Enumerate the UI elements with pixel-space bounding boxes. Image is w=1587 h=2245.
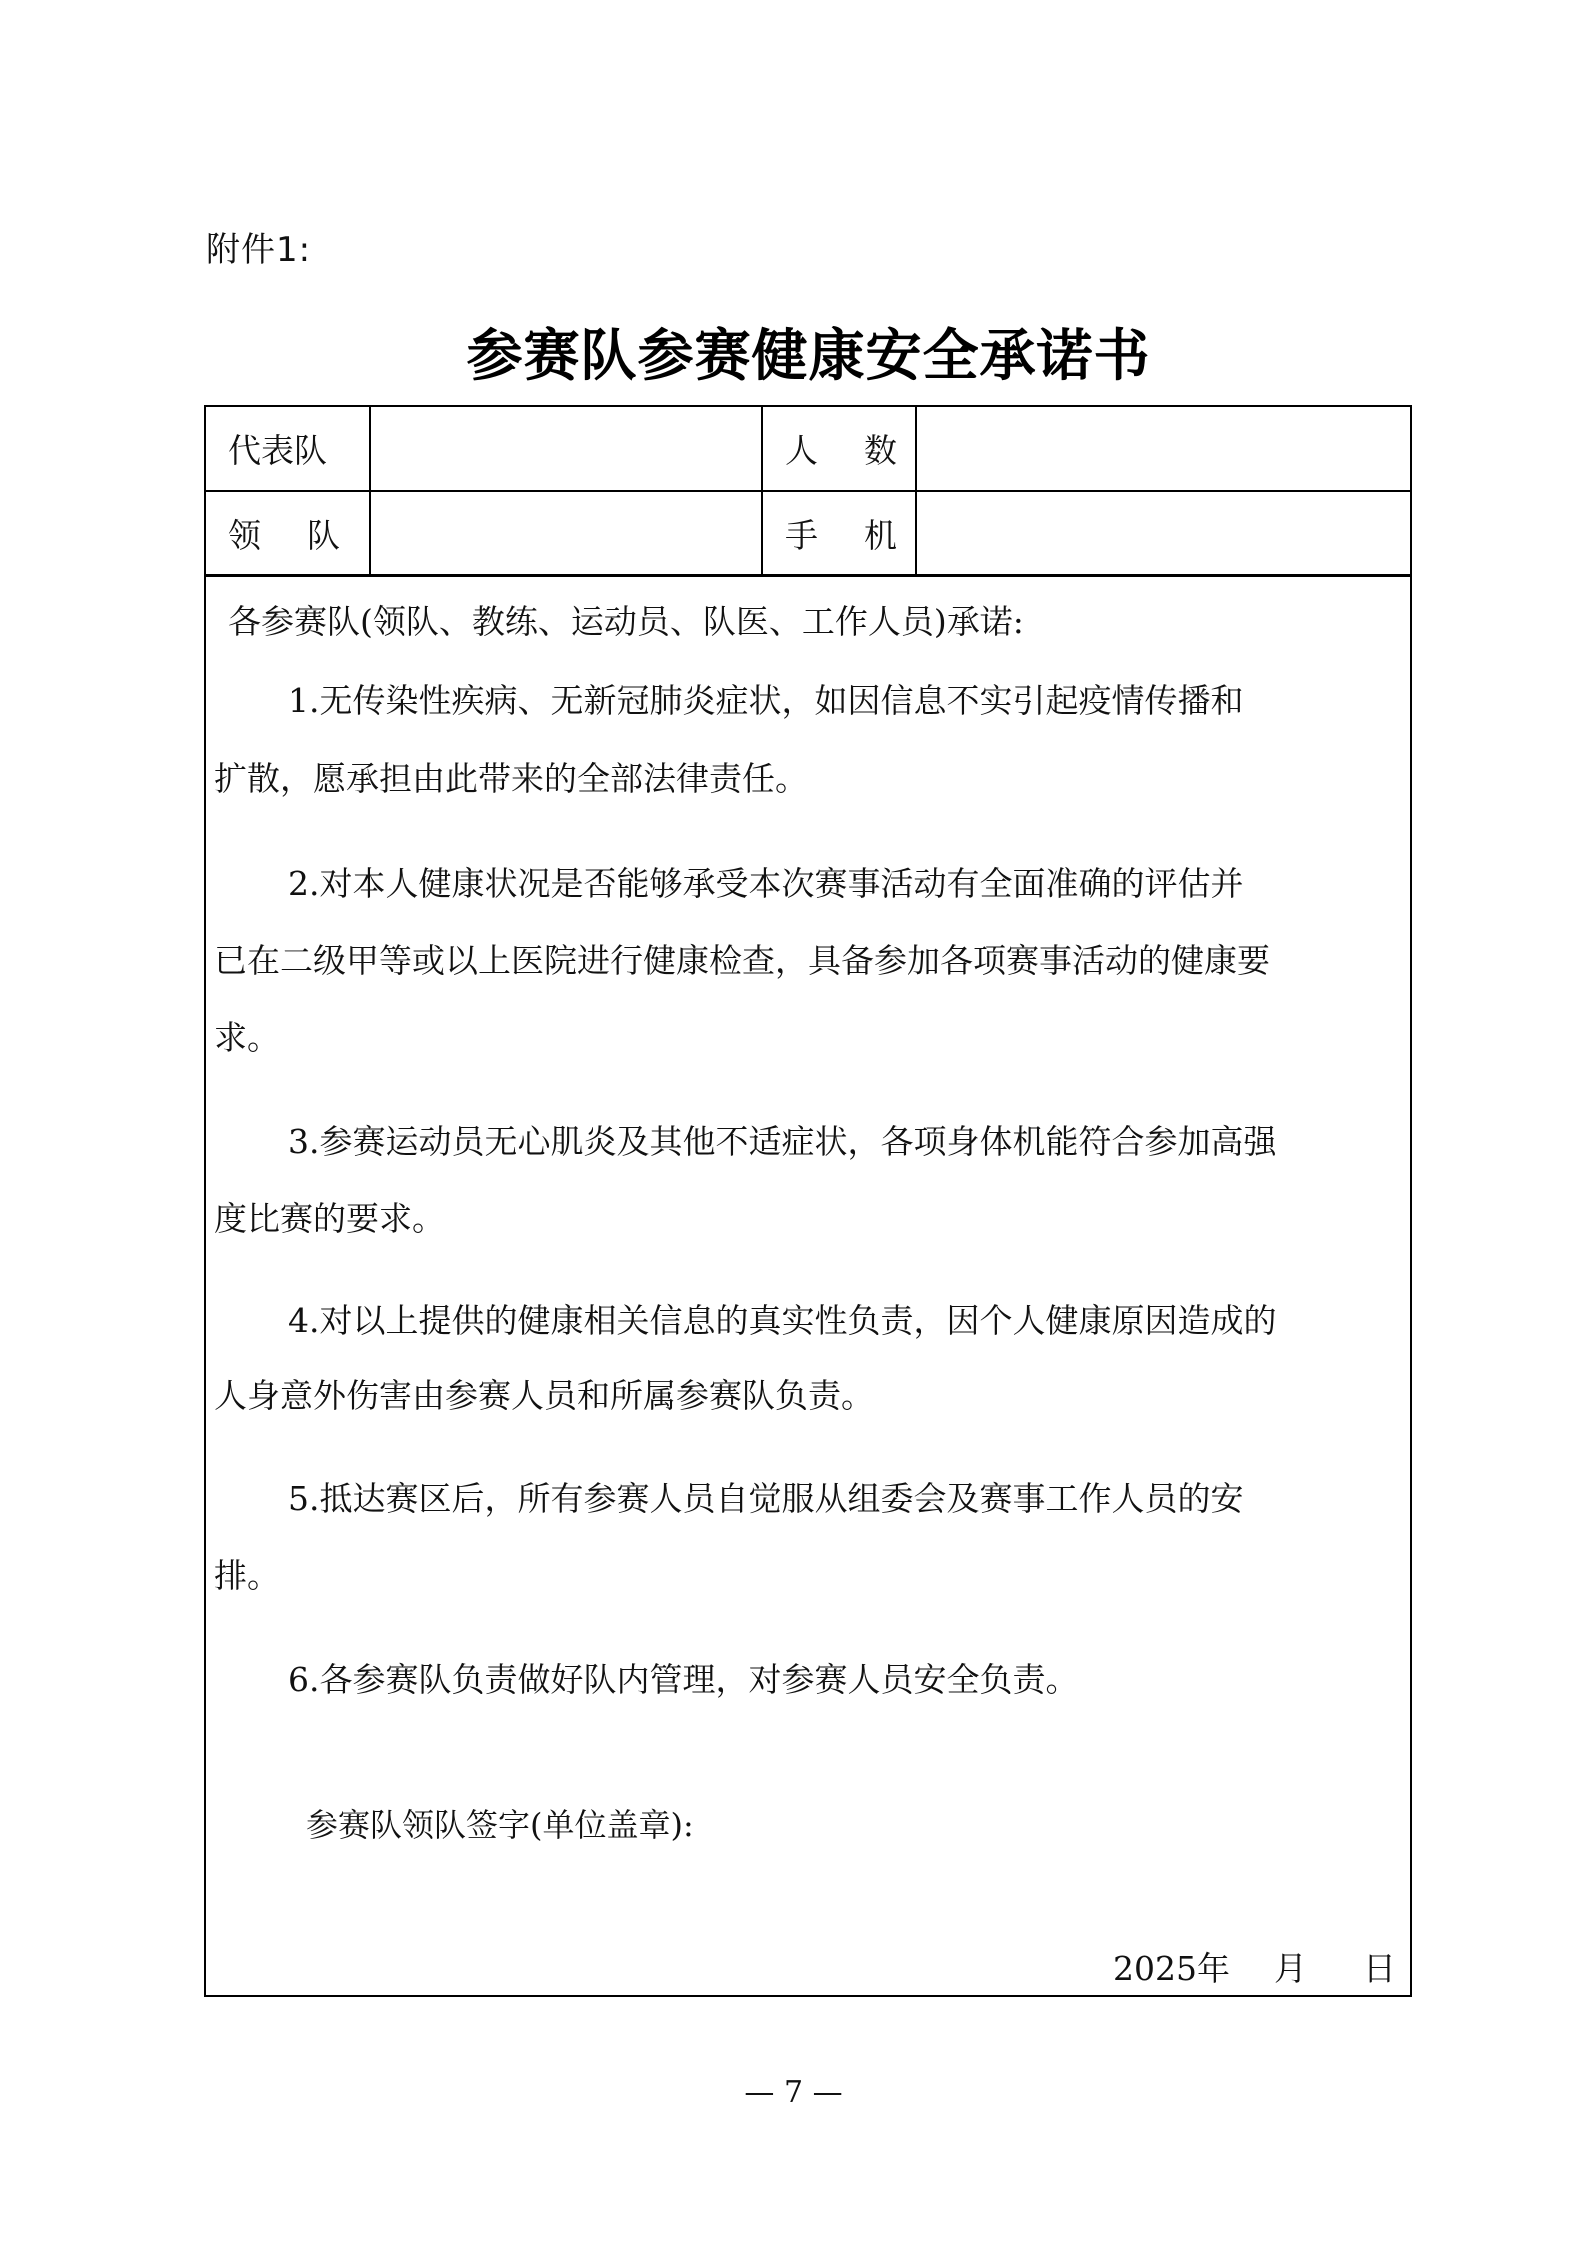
team-input[interactable] [371, 407, 761, 490]
leader-label-char-1: 领 [228, 510, 261, 557]
pledge-5-line-2: 排。 [214, 1556, 1402, 1596]
headcount-value-cell[interactable] [917, 407, 1410, 490]
form-row-team: 代表队 人 数 [206, 407, 1410, 492]
team-value-cell[interactable] [371, 407, 763, 490]
date-day: 日 [1363, 1949, 1396, 1989]
pledge-form-table: 代表队 人 数 领 队 手 机 各 [204, 405, 1412, 1997]
form-row-leader: 领 队 手 机 [206, 492, 1410, 577]
pledge-intro: 各参赛队(领队、教练、运动员、队医、工作人员)承诺: [228, 602, 1402, 642]
team-label: 代表队 [206, 407, 371, 490]
signature-label: 参赛队领队签字(单位盖章): [306, 1805, 694, 1845]
team-label-text: 代表队 [228, 425, 327, 472]
phone-input[interactable] [917, 492, 1410, 574]
pledge-1-line-2: 扩散，愿承担由此带来的全部法律责任。 [214, 759, 1402, 799]
leader-label-char-2: 队 [307, 510, 340, 557]
pledge-3-line-1: 3.参赛运动员无心肌炎及其他不适症状，各项身体机能符合参加高强 [288, 1122, 1402, 1162]
headcount-label-char-2: 数 [864, 425, 897, 472]
phone-label-char-1: 手 [785, 510, 818, 557]
pledge-4-line-1: 4.对以上提供的健康相关信息的真实性负责，因个人健康原因造成的 [288, 1301, 1402, 1341]
attachment-label: 附件1: [206, 226, 311, 274]
pledge-3-line-2: 度比赛的要求。 [214, 1199, 1402, 1239]
phone-label: 手 机 [763, 492, 917, 574]
pledge-body: 各参赛队(领队、教练、运动员、队医、工作人员)承诺: 1.无传染性疾病、无新冠肺… [206, 577, 1410, 1995]
leader-input[interactable] [371, 492, 761, 574]
signature-date: 2025年月日 [1113, 1949, 1396, 1989]
date-year: 2025年 [1113, 1949, 1230, 1989]
headcount-input[interactable] [917, 407, 1410, 490]
pledge-2-line-2: 已在二级甲等或以上医院进行健康检查，具备参加各项赛事活动的健康要 [214, 941, 1402, 981]
date-month: 月 [1274, 1949, 1307, 1989]
page-number: — 7 — [0, 2073, 1587, 2113]
pledge-2-line-3: 求。 [214, 1018, 1402, 1058]
phone-value-cell[interactable] [917, 492, 1410, 574]
pledge-6-line-1: 6.各参赛队负责做好队内管理，对参赛人员安全负责。 [288, 1660, 1402, 1700]
phone-label-char-2: 机 [864, 510, 897, 557]
pledge-4-line-2: 人身意外伤害由参赛人员和所属参赛队负责。 [214, 1376, 1402, 1416]
pledge-1-line-1: 1.无传染性疾病、无新冠肺炎症状，如因信息不实引起疫情传播和 [288, 681, 1402, 721]
headcount-label: 人 数 [763, 407, 917, 490]
headcount-label-char-1: 人 [785, 425, 818, 472]
leader-value-cell[interactable] [371, 492, 763, 574]
document-title: 参赛队参赛健康安全承诺书 [205, 320, 1412, 392]
pledge-5-line-1: 5.抵达赛区后，所有参赛人员自觉服从组委会及赛事工作人员的安 [288, 1479, 1402, 1519]
pledge-2-line-1: 2.对本人健康状况是否能够承受本次赛事活动有全面准确的评估并 [288, 864, 1402, 904]
leader-label: 领 队 [206, 492, 371, 574]
